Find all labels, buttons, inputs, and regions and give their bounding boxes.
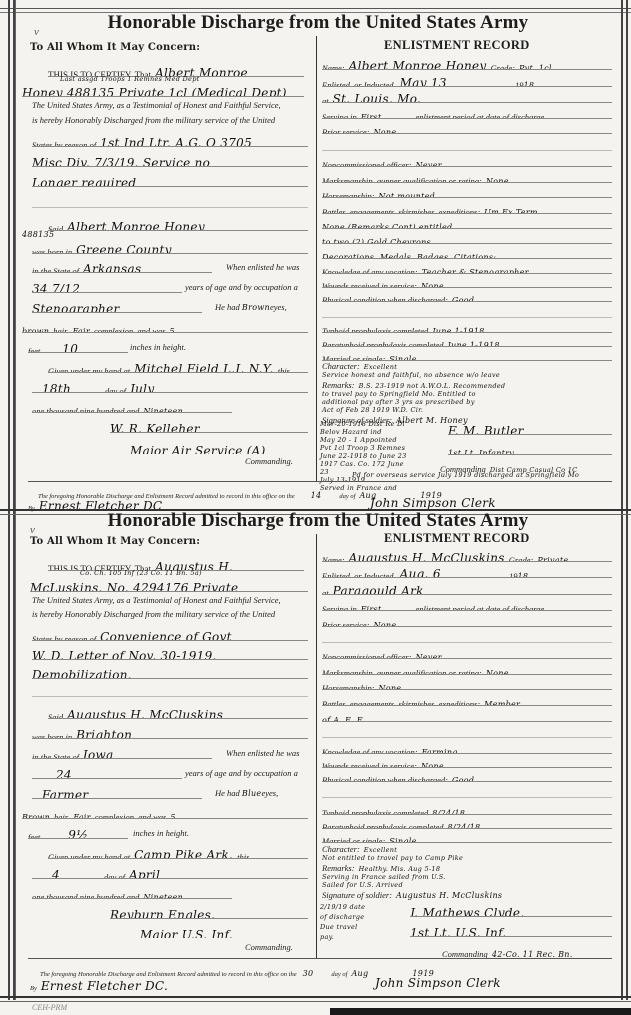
recording-deputy: Ernest Fletcher DC. bbox=[41, 979, 168, 993]
recording-clerk: John Simpson Clerk bbox=[370, 496, 496, 510]
given-day: 18th bbox=[42, 382, 71, 393]
er-overseas-note: Pd for overseas service July 1919 discha… bbox=[352, 471, 579, 479]
er-physical: Good bbox=[452, 776, 474, 782]
er-horsemanship: Not mounted bbox=[378, 192, 435, 198]
reason-line-2: W. D. Letter of Nov. 30-1919. bbox=[32, 645, 308, 660]
er-name: Albert Monroe Honey bbox=[349, 59, 487, 70]
er-physical-line: Physical condition when discharged: Good bbox=[322, 767, 612, 782]
occupation-line: Farmer bbox=[32, 784, 202, 799]
recording-month: Aug bbox=[351, 969, 368, 978]
year-line: one thousand nine hundred and Nineteen bbox=[32, 398, 232, 413]
er-battles-line: Battles, engagements, skirmishes, expedi… bbox=[322, 199, 612, 214]
er-character-remarks: Character: Excellent Service honest and … bbox=[322, 360, 614, 425]
er-paratyphoid-line: Paratyphoid prophylaxis completed 8/24/1… bbox=[322, 814, 612, 829]
er-enlisted-line: Enlisted, or Inducted, May 13 , 1918 bbox=[322, 72, 612, 87]
discharge-reason: 1st Ind Ltr. A.G. O 3705 bbox=[100, 136, 252, 147]
officer-title-line: Major Air Service (A) bbox=[130, 440, 308, 454]
birth-place: Greene County bbox=[76, 243, 172, 254]
reason-line-3: Longer required bbox=[32, 172, 308, 187]
check-mark: v bbox=[30, 524, 35, 536]
er-margin-notes: 2/19/19 date of discharge Due travel pay… bbox=[320, 902, 400, 942]
officer-signature: W. R. Kelleher bbox=[110, 422, 200, 433]
given-date-line: 18th day of July bbox=[32, 378, 308, 393]
er-enlisted-year: 18 bbox=[518, 572, 529, 578]
given-line: Given under my hand at Camp Pike Ark. th… bbox=[48, 844, 308, 859]
reason-line-2: Misc Div. 7/3/19. Service no bbox=[32, 152, 308, 167]
birth-state: Arkansas bbox=[83, 262, 141, 273]
birth-state: Iowa bbox=[83, 748, 114, 759]
er-wounds-line: Wounds received in service: None bbox=[322, 273, 612, 288]
er-officer-signature: F. M. Butler bbox=[448, 424, 524, 435]
er-typhoid-line: Typhoid prophylaxis completed June 1-191… bbox=[322, 318, 612, 333]
commanding-label: Commanding. bbox=[245, 456, 293, 466]
er-marksmanship-line: Marksmanship, gunner qualification or ra… bbox=[322, 660, 612, 675]
er-nco-line: Noncommissioned officer: Never bbox=[322, 152, 612, 167]
hair-color: Brown bbox=[22, 813, 50, 819]
er-remarks: B.S. 23-1919 not A.W.O.L. Recommended bbox=[359, 382, 506, 390]
right-border bbox=[621, 0, 628, 1000]
name-line: Honey 488135 Private 1cl (Medical Dept) bbox=[22, 82, 304, 97]
eye-color: Brown bbox=[242, 303, 270, 312]
er-nco: Never bbox=[415, 653, 441, 659]
er-officer-title-line: 1st Lt. Infantry bbox=[448, 440, 612, 455]
occupation-line: Stenographer bbox=[32, 298, 202, 313]
given-month: July bbox=[130, 382, 154, 393]
er-prior: None bbox=[373, 128, 396, 134]
archive-stamp: CEH-PRM bbox=[32, 1003, 67, 1012]
age: 24 bbox=[56, 768, 72, 779]
er-nco-line: Noncommissioned officer: Never bbox=[322, 644, 612, 659]
given-month: April bbox=[129, 868, 160, 879]
er-at-place: Paragould Ark bbox=[333, 584, 424, 595]
said-name: Albert Monroe Honey bbox=[67, 220, 205, 231]
given-place: Camp Pike Ark. bbox=[134, 848, 233, 859]
er-character: Excellent bbox=[364, 846, 397, 854]
reason-blank bbox=[32, 193, 308, 208]
complexion: Fair bbox=[73, 327, 90, 333]
reason-line-1: States by reason of Convenience of Govt bbox=[32, 626, 308, 641]
er-physical-line: Physical condition when discharged: Good bbox=[322, 287, 612, 302]
er-officer-title-line: 1st Lt. U.S. Inf. bbox=[410, 922, 612, 937]
concern-heading: To All Whom It May Concern: bbox=[30, 42, 200, 53]
age: 34 7/12 bbox=[32, 282, 80, 293]
er-grade: Pvt. 1cl. bbox=[519, 64, 555, 70]
er-prior-line: Prior service: None bbox=[322, 119, 612, 134]
left-border bbox=[8, 0, 15, 1000]
er-at-line: at Paragould Ark bbox=[322, 580, 612, 595]
soldier-name-last: Honey 488135 Private 1cl (Medical Dept) bbox=[22, 86, 287, 97]
er-vocation-line: Knowledge of any vocation: Teacher & Ste… bbox=[322, 259, 612, 274]
er-character-remarks: Character: Excellent Not entitled to tra… bbox=[322, 843, 614, 900]
er-enlisted-year: 18 bbox=[524, 81, 535, 87]
er-battles-line: Battles, engagements, skirmishes, expedi… bbox=[322, 691, 612, 706]
enlistment-record-heading: ENLISTMENT RECORD bbox=[384, 38, 530, 53]
register-page: v Honorable Discharge from the United St… bbox=[0, 0, 631, 1015]
recording-day: 30 bbox=[303, 969, 314, 978]
height-inches: 9½ bbox=[68, 828, 88, 839]
er-battles: Member bbox=[484, 700, 520, 706]
bottom-rule bbox=[0, 996, 631, 1002]
er-officer-title: 1st Lt. U.S. Inf. bbox=[410, 926, 507, 937]
er-at-line: at St. Louis, Mo. bbox=[322, 88, 612, 103]
left-border-inner bbox=[15, 0, 16, 1000]
er-wounds-line: Wounds received in service: None bbox=[322, 753, 612, 768]
concern-heading: To All Whom It May Concern: bbox=[30, 536, 200, 547]
name-line: McLuskins. No. 4294176 Private bbox=[30, 577, 308, 592]
complexion: Fair bbox=[73, 813, 90, 819]
er-commanding-line: Commanding 42-Co. 11 Rec. Bn. bbox=[442, 944, 573, 962]
er-serving-line: Serving in First enlistment period at da… bbox=[322, 104, 612, 119]
occupation: Farmer bbox=[42, 788, 88, 799]
er-officer-signature: J. Mathews Clyde, bbox=[410, 906, 524, 917]
er-married-line: Married or single: Single bbox=[322, 828, 612, 843]
height-feet: 5 bbox=[170, 813, 175, 819]
born-line: was born in Brighton bbox=[32, 724, 308, 739]
soldier-name-last: McLuskins. No. 4294176 Private bbox=[30, 581, 238, 592]
er-physical: Good bbox=[452, 296, 474, 302]
height-inches: 10 bbox=[62, 342, 78, 353]
column-divider bbox=[316, 36, 317, 481]
record-title: Honorable Discharge from the United Stat… bbox=[88, 12, 548, 34]
check-mark: v bbox=[34, 26, 39, 38]
reason-line-3: Demobilization. bbox=[32, 664, 308, 679]
officer-signature: Reyburn Engles. bbox=[110, 908, 215, 919]
er-typhoid-line: Typhoid prophylaxis completed 8/24/18. bbox=[322, 800, 612, 815]
discharge-reason: Convenience of Govt bbox=[100, 630, 232, 641]
scan-edge bbox=[330, 1008, 631, 1015]
er-remarks: Healthy. Mis. Aug 5-18 bbox=[359, 865, 441, 873]
er-horsemanship-line: Horsemanship: Not mounted bbox=[322, 183, 612, 198]
born-line: was born in Greene County bbox=[32, 239, 308, 254]
er-officer-signature-line: F. M. Butler bbox=[448, 420, 612, 435]
er-prior-line: Prior service: None bbox=[322, 612, 612, 627]
said-line: Said Augustus H. McCluskins bbox=[48, 704, 308, 719]
column-divider bbox=[316, 534, 317, 958]
given-line: Given under my hand at Mitchel Field L.I… bbox=[48, 358, 308, 373]
given-year: Nineteen bbox=[143, 893, 183, 899]
occupation: Stenographer bbox=[32, 302, 120, 313]
recording-clerk: John Simpson Clerk bbox=[375, 976, 501, 990]
er-character: Excellent bbox=[364, 363, 397, 371]
er-enlisted-date: May 13 bbox=[400, 76, 447, 87]
record-title: Honorable Discharge from the United Stat… bbox=[88, 510, 548, 532]
er-enlisted-line: Enlisted, or Inducted, Aug. 6 , 1918 bbox=[322, 563, 612, 578]
given-date-line: 4 day of April bbox=[32, 864, 308, 879]
said-name: Augustus H. McCluskins bbox=[67, 708, 223, 719]
er-name-line: Name: Augustus H. McCluskins Grade: Priv… bbox=[322, 547, 612, 562]
given-day: 4 bbox=[52, 868, 60, 879]
year-line: one thousand nine hundred and Nineteen bbox=[32, 884, 232, 899]
er-serving: First bbox=[361, 605, 382, 611]
er-grade: Private bbox=[537, 556, 568, 562]
recording-day: 14 bbox=[311, 491, 322, 500]
height-feet: 5 bbox=[170, 327, 175, 333]
state-line: in the State of Arkansas bbox=[32, 258, 212, 273]
er-horsemanship-line: Horsemanship: None bbox=[322, 675, 612, 690]
er-serving-line: Serving in First enlistment period at da… bbox=[322, 596, 612, 611]
er-name-line: Name: Albert Monroe Honey Grade: Pvt. 1c… bbox=[322, 55, 612, 70]
officer-title: Major U.S. Inf. bbox=[140, 928, 233, 938]
officer-signature-line: Reyburn Engles. bbox=[110, 904, 308, 919]
officer-title: Major Air Service (A) bbox=[130, 444, 266, 454]
commanding-label: Commanding. bbox=[245, 942, 293, 952]
hair-color: brown bbox=[22, 327, 49, 333]
hair-complexion-line: Brown hair, Fair complexion, and was 5 bbox=[22, 804, 308, 819]
er-soldier-signature: Augustus H. McCluskins bbox=[396, 891, 502, 900]
officer-title-line: Major U.S. Inf. bbox=[140, 924, 308, 938]
birth-place: Brighton bbox=[76, 728, 132, 739]
hair-complexion-line: brown hair, Fair complexion, and was 5 bbox=[22, 318, 308, 333]
er-at-place: St. Louis, Mo. bbox=[333, 92, 422, 103]
er-enlisted-date: Aug. 6 bbox=[400, 567, 441, 578]
state-line: in the State of Iowa bbox=[32, 744, 212, 759]
reason-line-1: States by reason of 1st Ind Ltr. A.G. O … bbox=[32, 132, 308, 147]
reason-blank bbox=[32, 682, 308, 697]
height-line: feet 9½ bbox=[28, 824, 128, 839]
er-prior: None bbox=[373, 621, 396, 627]
age-line: 34 7/12 bbox=[32, 278, 182, 293]
er-paratyphoid-line: Paratyphoid prophylaxis completed June 1… bbox=[322, 332, 612, 347]
enlistment-record-heading: ENLISTMENT RECORD bbox=[384, 531, 530, 546]
given-place: Mitchel Field L.I. N.Y. bbox=[134, 362, 274, 373]
er-officer-title: 1st Lt. Infantry bbox=[448, 449, 514, 455]
er-horsemanship: None bbox=[378, 684, 401, 690]
er-vocation-line: Knowledge of any vocation: Farming bbox=[322, 739, 612, 754]
officer-signature-line: W. R. Kelleher bbox=[110, 418, 308, 433]
given-year: Nineteen bbox=[143, 407, 183, 413]
eye-color: Blue bbox=[242, 789, 262, 798]
er-married-line: Married or single: Single bbox=[322, 346, 612, 361]
er-marksmanship-line: Marksmanship, gunner qualification or ra… bbox=[322, 168, 612, 183]
height-line: feet 10 bbox=[28, 338, 128, 353]
er-nco: Never bbox=[415, 161, 441, 167]
name-annotation: Co. Ch. 105 Inf (23 Co. 11 Bn. 5a) bbox=[80, 569, 202, 577]
er-name: Augustus H. McCluskins bbox=[349, 551, 505, 562]
said-line: Said Albert Monroe Honey bbox=[48, 216, 308, 231]
er-officer-signature-line: J. Mathews Clyde, bbox=[410, 902, 612, 917]
serial-annotation: 488135 bbox=[22, 230, 54, 239]
age-line: 24 bbox=[32, 764, 182, 779]
recording-by-line: By Ernest Fletcher DC. bbox=[30, 977, 168, 995]
